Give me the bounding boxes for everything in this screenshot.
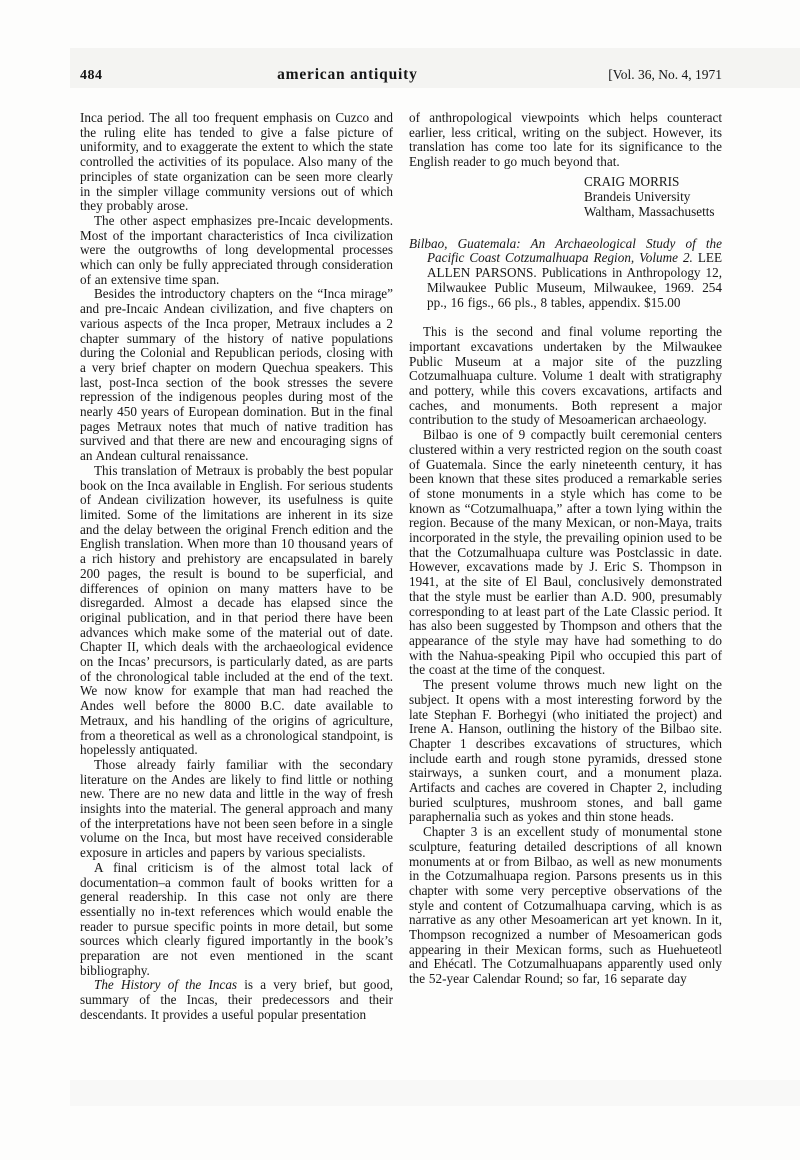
- scan-artifact-band: [70, 1080, 800, 1106]
- review-paragraph: The present volume throws much new light…: [409, 678, 722, 825]
- review-paragraph: Chapter 3 is an excellent study of monum…: [409, 825, 722, 987]
- article-body: Inca period. The all too frequent emphas…: [80, 111, 722, 1023]
- review-paragraph: of anthropological viewpoints which help…: [409, 111, 722, 170]
- review-paragraph: This translation of Metraux is probably …: [80, 464, 393, 758]
- left-column: Inca period. The all too frequent emphas…: [80, 111, 393, 1023]
- reviewer-affiliation: Brandeis University: [584, 189, 722, 204]
- review-paragraph: A final criticism is of the almost total…: [80, 861, 393, 979]
- review-paragraph: The other aspect emphasizes pre-Incaic d…: [80, 214, 393, 288]
- reviewer-signature: CRAIG MORRIS Brandeis University Waltham…: [584, 174, 722, 220]
- page-number: 484: [80, 68, 103, 84]
- book-title-inline: The History of the Incas: [94, 977, 237, 992]
- reviewer-name: CRAIG MORRIS: [584, 174, 722, 189]
- page-header: 484 american antiquity [Vol. 36, No. 4, …: [80, 66, 722, 84]
- review-paragraph: Bilbao is one of 9 compactly built cerem…: [409, 428, 722, 678]
- book-citation: Bilbao, Guatemala: An Archaeological Stu…: [409, 237, 722, 311]
- right-column: of anthropological viewpoints which help…: [409, 111, 722, 1023]
- review-paragraph: The History of the Incas is a very brief…: [80, 978, 393, 1022]
- review-paragraph: Inca period. The all too frequent emphas…: [80, 111, 393, 214]
- book-citation-title: Bilbao, Guatemala: An Archaeological Stu…: [409, 236, 722, 266]
- journal-title: american antiquity: [277, 66, 418, 84]
- review-paragraph: Those already fairly familiar with the s…: [80, 758, 393, 861]
- volume-info: [Vol. 36, No. 4, 1971: [608, 67, 722, 83]
- review-paragraph: Besides the introductory chapters on the…: [80, 287, 393, 463]
- review-paragraph: This is the second and final volume repo…: [409, 325, 722, 428]
- reviewer-location: Waltham, Massachusetts: [584, 204, 722, 219]
